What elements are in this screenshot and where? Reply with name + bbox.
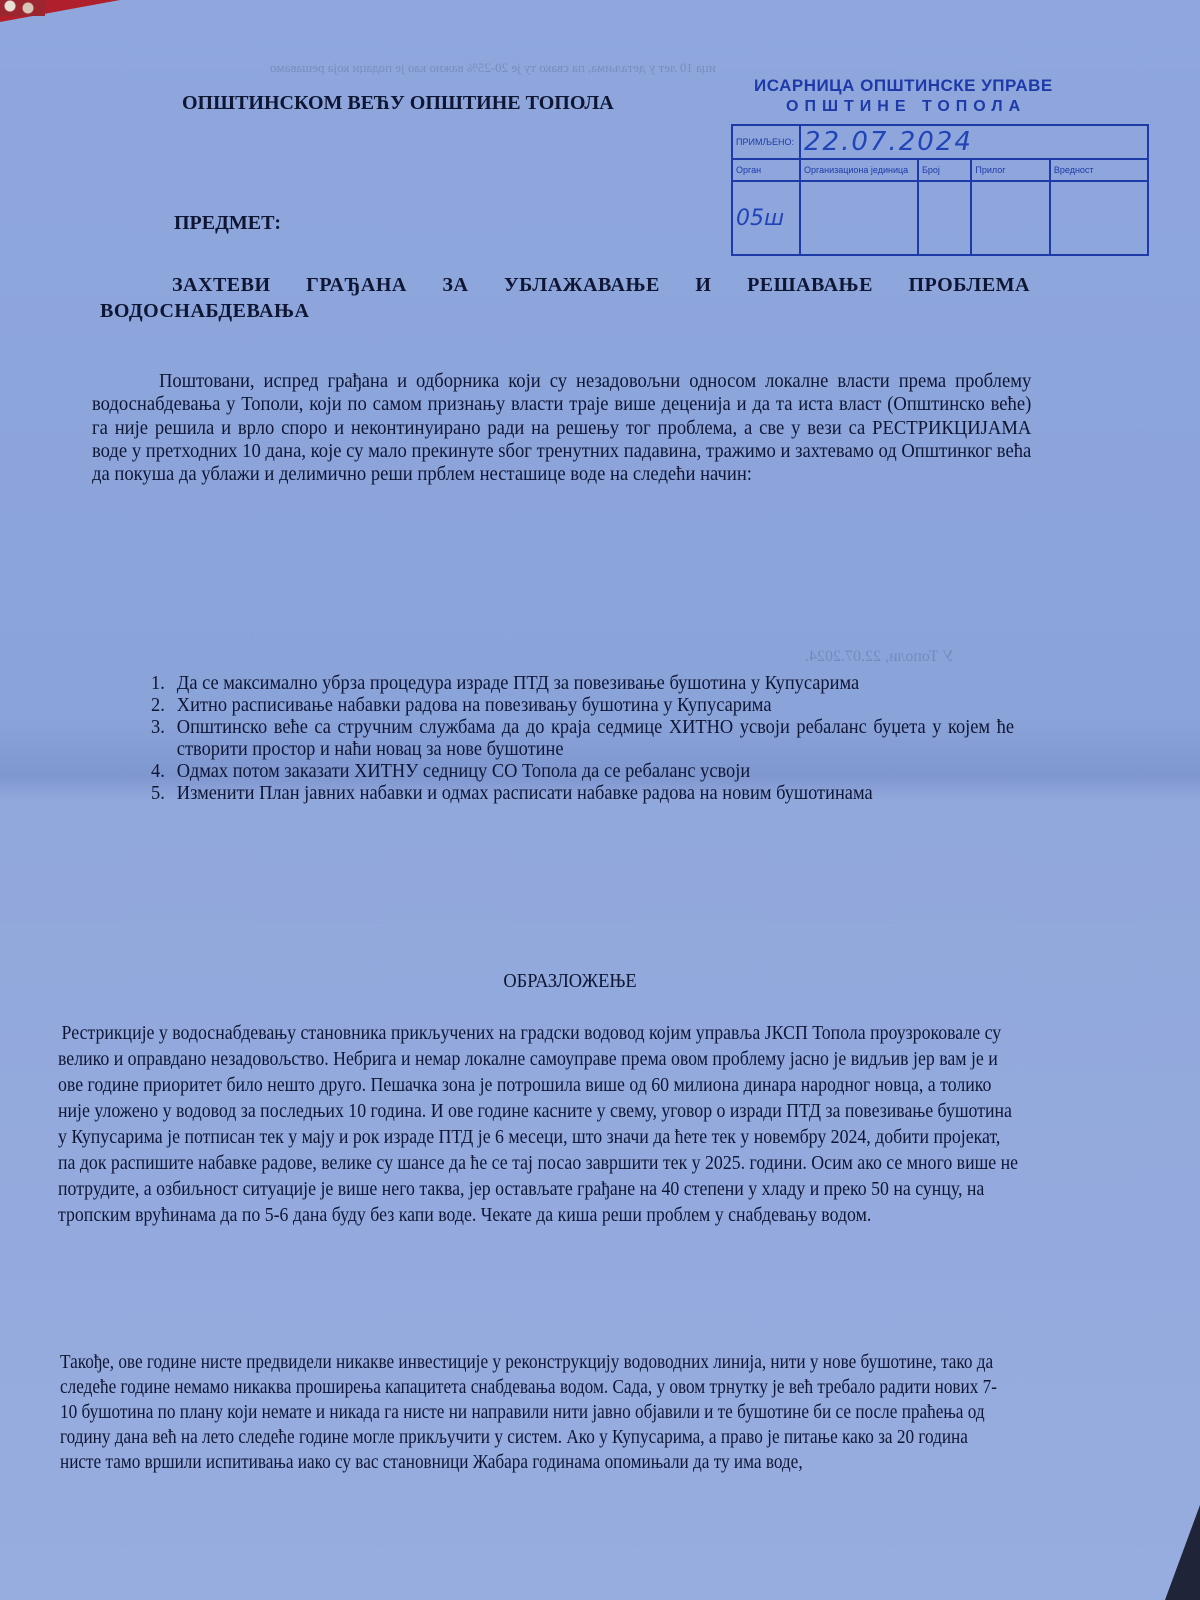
stamp-column-header: Вредност [1050,159,1148,181]
received-label: ПРИМЉЕНО: [732,125,800,159]
subject-title: ЗАХТЕВИ ГРАЂАНА ЗА УБЛАЖАВАЊЕ И РЕШАВАЊЕ… [100,272,1030,324]
stamp-table: ПРИМЉЕНО: 22.07.2024 Орган Организациона… [731,124,1149,256]
stamp-column-header: Прилог [971,159,1050,181]
stamp-cell [918,181,971,255]
demand-item: Да се максимално убрза процедура израде … [169,672,1014,694]
stamp-cell [800,181,918,255]
demands-list: Да се максимално убрза процедура израде … [140,672,1014,804]
stamp-column-header: Организациона јединица [800,159,918,181]
explanation-heading: ОБРАЗЛОЖЕЊЕ [46,970,1095,993]
intro-paragraph: Поштовани, испред грађана и одборника ко… [92,370,1031,486]
organ-value: 05ш [732,181,800,255]
stamp-column-header: Орган [732,159,800,181]
demand-item: Одмах потом заказати ХИТНУ седницу СО То… [169,760,1014,782]
explanation-paragraph: Рестрикције у водоснабдевању становника … [58,1020,1019,1228]
demand-item: Изменити План јавних набавки и одмах рас… [169,782,1014,804]
bleed-through-text: ица 10 лет у детаљима, па свако ту је 20… [270,60,716,76]
received-date: 22.07.2024 [800,125,1148,159]
addressee: ОПШТИНСКОМ ВЕЋУ ОПШТИНЕ ТОПОЛА [182,92,614,115]
explanation-paragraph: Такође, ове године нисте предвидели ника… [60,1350,1006,1475]
demand-item: Општинско веће са стручним службама да д… [169,716,1014,760]
demand-item: Хитно расписивање набавки радова на пове… [169,694,1014,716]
bleed-through-date: У Тополи, 22.07.2024. [805,648,954,666]
registry-stamp: ИСАРНИЦА ОПШТИНСКЕ УПРАВЕ ОПШТИНЕ ТОПОЛА… [726,68,1176,248]
background-object-fabric [0,0,45,16]
stamp-column-header: Број [918,159,971,181]
subject-label: ПРЕДМЕТ: [174,212,281,235]
stamp-title: ИСАРНИЦА ОПШТИНСКЕ УПРАВЕ [754,76,1053,96]
stamp-cell [971,181,1050,255]
stamp-subtitle: ОПШТИНЕ ТОПОЛА [786,98,1026,116]
stamp-cell [1050,181,1148,255]
background-surface-corner [1165,1505,1200,1600]
